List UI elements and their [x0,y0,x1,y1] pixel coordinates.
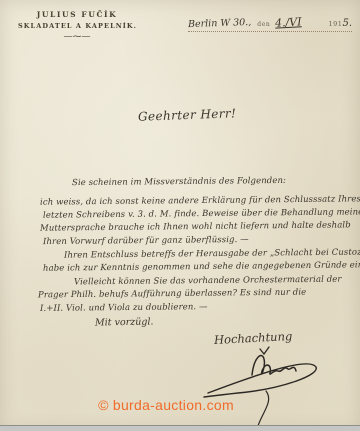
closing-valediction: Mit vorzügl. [95,316,154,328]
photo-bottom-edge [0,425,360,431]
letterhead: JULIUS FUČÍK SKLADATEL A KAPELNÍK. —⁓— [18,10,136,42]
letterhead-title: SKLADATEL A KAPELNÍK. [18,22,136,30]
salutation: Geehrter Herr! [138,106,237,123]
dateline-written-year: 5. [342,18,352,29]
letter-line: ich weiss, da ich sonst keine andere Erk… [40,194,360,207]
letter-line: I.+II. Viol. und Viola zu doublieren. — [40,302,208,314]
letter-line: Prager Philh. behufs Aufführung überlass… [38,288,306,301]
dateline-city: Berlin W 30., [188,17,252,30]
letter-paper: JULIUS FUČÍK SKLADATEL A KAPELNÍK. —⁓— B… [0,0,360,431]
watermark: © burda-auction.com [0,397,332,413]
signature [200,341,335,429]
dateline-printed-year: 191 [329,20,343,28]
letter-line: Vielleicht können Sie das vorhandene Orc… [74,275,342,288]
letterhead-name: JULIUS FUČÍK [18,10,136,19]
letter-line: Muttersprache brauche ich Ihnen wohl nic… [40,220,351,233]
letter-line: Sie scheinen im Missverständnis des Folg… [72,176,286,188]
letter-line: Ihren Entschluss betreffs der Herausgabe… [64,247,360,260]
letter-line: habe ich zur Kenntnis genommen und sehe … [43,260,360,273]
dateline-day: 4./VI [275,15,302,29]
letterhead-ornament-icon: —⁓— [18,32,136,42]
dateline-printed-den: den [257,21,270,28]
letter-line: letzten Schreibens v. 3. d. M. finde. Be… [43,207,360,220]
dateline: Berlin W 30., den 4./VI 191 5. [188,16,352,32]
letter-line: Ihren Vorwurf darüber für ganz überflüss… [43,235,249,247]
letter-photo: JULIUS FUČÍK SKLADATEL A KAPELNÍK. —⁓— B… [0,0,360,431]
